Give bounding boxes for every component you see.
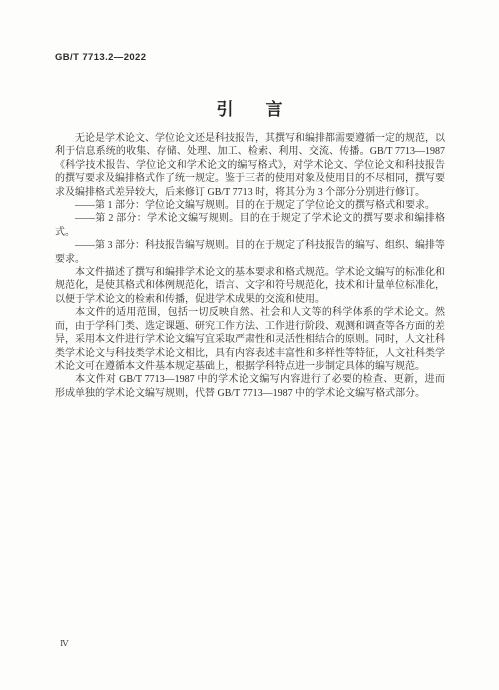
document-page: GB/T 7713.2—2022 引言 无论是学术论文、学位论文还是科技报告，其… bbox=[0, 0, 499, 690]
intro-paragraph: 本文件描述了撰写和编排学术论文的基本要求和格式规范。学术论文编写的标准化和规范化… bbox=[55, 266, 445, 306]
page-title-char-2: 言 bbox=[266, 95, 283, 120]
page-title: 引言 bbox=[0, 95, 499, 120]
intro-list-item-part1: ——第 1 部分：学位论文编写规则。目的在于规定了学位论文的撰写格式和要求。 bbox=[55, 199, 445, 212]
page-title-char-1: 引 bbox=[217, 95, 234, 120]
introduction-body: 无论是学术论文、学位论文还是科技报告，其撰写和编排都需要遵循一定的规范，以利于信… bbox=[55, 132, 445, 400]
intro-list-item-part3: ——第 3 部分：科技报告编写规则。目的在于规定了科技报告的编写、组织、编排等要… bbox=[55, 239, 445, 266]
intro-paragraph: 本文件对 GB/T 7713—1987 中的学术论文编写内容进行了必要的检查、更… bbox=[55, 373, 445, 400]
intro-list-item-part2: ——第 2 部分：学术论文编写规则。目的在于规定了学术论文的撰写要求和编排格式。 bbox=[55, 212, 445, 239]
standard-number-header: GB/T 7713.2—2022 bbox=[55, 52, 146, 63]
intro-paragraph: 本文件的适用范围，包括一切反映自然、社会和人文等的科学体系的学术论文。然而，由于… bbox=[55, 306, 445, 373]
page-number: Ⅳ bbox=[60, 638, 69, 649]
intro-paragraph: 无论是学术论文、学位论文还是科技报告，其撰写和编排都需要遵循一定的规范，以利于信… bbox=[55, 132, 445, 199]
